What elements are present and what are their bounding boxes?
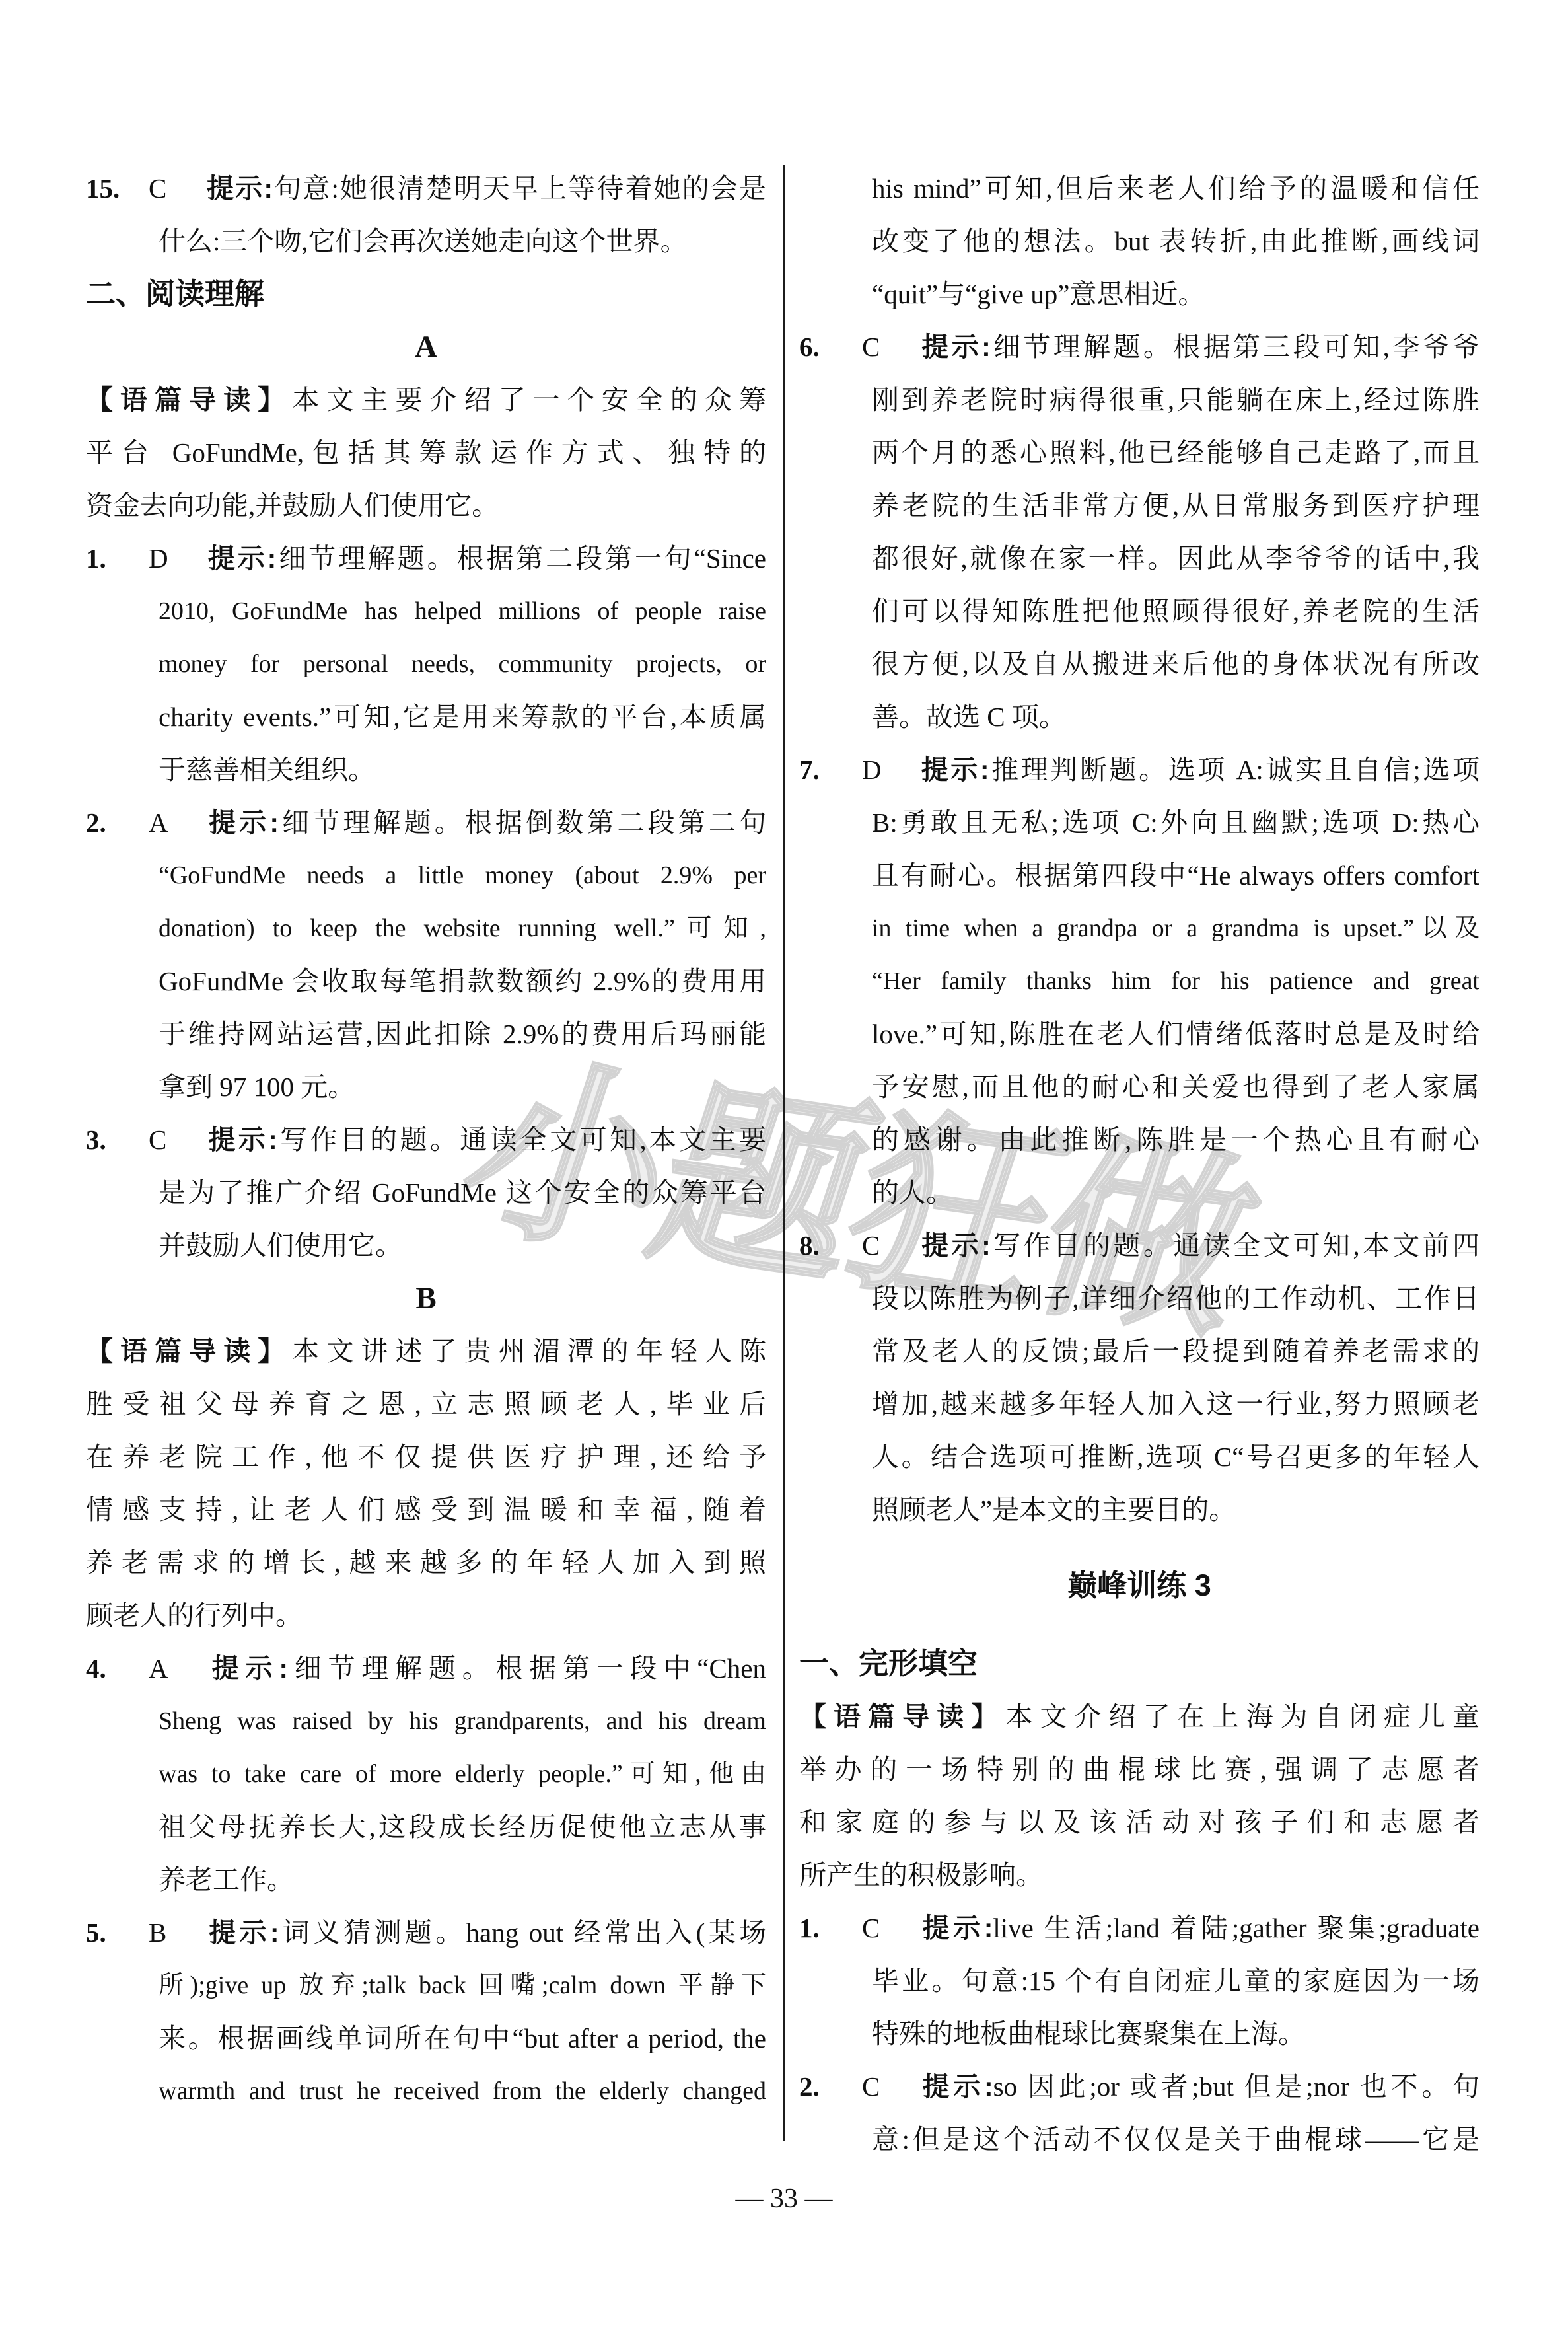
text-line: 的感谢。由此推断,陈胜是一个热心且有耐心: [799, 1113, 1479, 1166]
text-line: 的人。: [799, 1166, 1479, 1219]
text-line: “Her family thanks him for his patience …: [799, 955, 1479, 1008]
answer-letter: A: [149, 1642, 171, 1695]
text-line: 举办的一场特别的曲棍球比赛,强调了志愿者: [799, 1743, 1479, 1796]
text-line: 予安慰,而且他的耐心和关爱也得到了老人家属: [799, 1060, 1479, 1113]
passage-letter-heading: A: [86, 320, 766, 373]
text-line: charity events.”可知,它是用来筹款的平台,本质属: [86, 690, 766, 743]
lead-label: 【语篇导读】: [799, 1701, 1005, 1732]
hint-label: 提示:: [919, 1230, 991, 1261]
text-line: was to take care of more elderly people.…: [86, 1748, 766, 1800]
text-line: 善。故选 C 项。: [799, 690, 1479, 743]
answer-item-line: 2.A提示:细节理解题。根据倒数第二段第二句: [86, 796, 766, 849]
training-heading: 巅峰训练 3: [799, 1559, 1479, 1612]
text-line: 都很好,就像在家一样。因此从李爷爷的话中,我: [799, 532, 1479, 585]
item-number: 2.: [799, 2060, 845, 2113]
hint-label: 提示:: [205, 173, 273, 203]
text-line: 并鼓励人们使用它。: [86, 1219, 766, 1272]
text-line: 刚到养老院时病得很重,只能躺在床上,经过陈胜: [799, 373, 1479, 426]
answer-item-line: 5.B提示:词义猜测题。hang out 经常出入(某场: [86, 1906, 766, 1959]
page-root: { "watermark": "小题狂做", "page": { "number…: [0, 0, 1568, 2325]
text-line: his mind”可知,但后来老人们给予的温暖和信任: [799, 162, 1479, 215]
text-line: 们可以得知陈胜把他照顾得很好,养老院的生活: [799, 585, 1479, 638]
text-line: 改变了他的想法。but 表转折,由此推断,画线词: [799, 215, 1479, 268]
text-line: 养老工作。: [86, 1853, 766, 1906]
text-line: “GoFundMe needs a little money (about 2.…: [86, 849, 766, 902]
column-right: his mind”可知,但后来老人们给予的温暖和信任改变了他的想法。but 表转…: [799, 162, 1479, 2166]
hint-label: 提示:: [919, 332, 991, 362]
item-number: 5.: [86, 1906, 132, 1959]
passage-letter-heading: B: [86, 1272, 766, 1325]
text-line: 胜受祖父母养育之恩,立志照顾老人,毕业后: [86, 1378, 766, 1430]
text-line: 资金去向功能,并鼓励人们使用它。: [86, 479, 766, 532]
hint-label: 提示:: [205, 543, 276, 573]
column-divider: [783, 165, 785, 2141]
text-line: 2010, GoFundMe has helped millions of pe…: [86, 585, 766, 638]
page-number: — 33 —: [0, 2179, 1568, 2219]
item-number: 7.: [799, 743, 845, 796]
text-line: 所产生的积极影响。: [799, 1849, 1479, 1901]
text-line: 意:但是这个活动不仅仅是关于曲棍球——它是: [799, 2113, 1479, 2166]
hint-label: 提示:: [205, 1653, 288, 1683]
text-line: GoFundMe 会收取每笔捐款数额约 2.9%的费用用: [86, 955, 766, 1008]
hint-label: 提示:: [919, 2071, 993, 2102]
text-line: love.”可知,陈胜在老人们情绪低落时总是及时给: [799, 1008, 1479, 1060]
text-line: 于慈善相关组织。: [86, 743, 766, 796]
answer-letter: C: [862, 1219, 884, 1272]
text-line: 且有耐心。根据第四段中“He always offers comfort: [799, 849, 1479, 902]
answer-item-line: 3.C提示:写作目的题。通读全文可知,本文主要: [86, 1113, 766, 1166]
item-number: 1.: [86, 532, 132, 585]
answer-item-line: 2.C提示:so 因此;or 或者;but 但是;nor 也不。句: [799, 2060, 1479, 2113]
item-number: 8.: [799, 1219, 845, 1272]
answer-item-line: 1.C提示:live 生活;land 着陆;gather 聚集;graduate: [799, 1901, 1479, 1954]
text-line: donation) to keep the website running we…: [86, 902, 766, 955]
text-line: 是为了推广介绍 GoFundMe 这个安全的众筹平台: [86, 1166, 766, 1219]
text-line: 段以陈胜为例子,详细介绍他的工作动机、工作日: [799, 1272, 1479, 1325]
text-line: 两个月的悉心照料,他已经能够自己走路了,而且: [799, 426, 1479, 479]
text-line: in time when a grandpa or a grandma is u…: [799, 902, 1479, 955]
answer-letter: C: [862, 1901, 884, 1954]
text-line: 【语篇导读】本文主要介绍了一个安全的众筹: [86, 373, 766, 426]
text-line: 在养老院工作,他不仅提供医疗护理,还给予: [86, 1430, 766, 1483]
answer-item-line: 1.D提示:细节理解题。根据第二段第一句“Since: [86, 532, 766, 585]
answer-item-line: 6.C提示:细节理解题。根据第三段可知,李爷爷: [799, 320, 1479, 373]
answer-item-line: 8.C提示:写作目的题。通读全文可知,本文前四: [799, 1219, 1479, 1272]
text-line: Sheng was raised by his grandparents, an…: [86, 1695, 766, 1748]
answer-letter: A: [149, 796, 171, 849]
text-line: B:勇敢且无私;选项 C:外向且幽默;选项 D:热心: [799, 796, 1479, 849]
text-line: 增加,越来越多年轻人加入这一行业,努力照顾老: [799, 1378, 1479, 1430]
text-line: 顾老人的行列中。: [86, 1589, 766, 1642]
text-line: 所);give up 放弃;talk back 回嘴;calm down 平静下: [86, 1959, 766, 2012]
text-line: 特殊的地板曲棍球比赛聚集在上海。: [799, 2007, 1479, 2060]
section-heading: 一、完形填空: [799, 1637, 1479, 1690]
answer-letter: C: [862, 2060, 884, 2113]
hint-label: 提示:: [919, 1913, 993, 1943]
item-number: 4.: [86, 1642, 132, 1695]
text-line: 【语篇导读】本文介绍了在上海为自闭症儿童: [799, 1690, 1479, 1743]
text-line: 养老院的生活非常方便,从日常服务到医疗护理: [799, 479, 1479, 532]
text-line: 情感支持,让老人们感受到温暖和幸福,随着: [86, 1483, 766, 1536]
text-line: “quit”与“give up”意思相近。: [799, 268, 1479, 320]
lead-label: 【语篇导读】: [86, 385, 292, 415]
text-line: 养老需求的增长,越来越多的年轻人加入到照: [86, 1536, 766, 1589]
text-line: 平台 GoFundMe,包括其筹款运作方式、独特的: [86, 426, 766, 479]
hint-label: 提示:: [919, 755, 989, 785]
text-line: warmth and trust he received from the el…: [86, 2065, 766, 2118]
text-line: 拿到 97 100 元。: [86, 1060, 766, 1113]
answer-item-line: 7.D提示:推理判断题。选项 A:诚实且自信;选项: [799, 743, 1479, 796]
hint-label: 提示:: [205, 1917, 279, 1948]
answer-item-line: 15.C提示:句意:她很清楚明天早上等待着她的会是: [86, 162, 766, 215]
text-line: 照顾老人”是本文的主要目的。: [799, 1483, 1479, 1536]
text-line: 常及老人的反馈;最后一段提到随着养老需求的: [799, 1325, 1479, 1378]
item-number: 15.: [86, 162, 132, 215]
answer-item-line: 4.A提示:细节理解题。根据第一段中“Chen: [86, 1642, 766, 1695]
text-line: money for personal needs, community proj…: [86, 638, 766, 690]
lead-label: 【语篇导读】: [86, 1336, 292, 1366]
item-number: 6.: [799, 320, 845, 373]
item-number: 3.: [86, 1113, 132, 1166]
item-number: 1.: [799, 1901, 845, 1954]
text-line: 人。结合选项可推断,选项 C“号召更多的年轻人: [799, 1430, 1479, 1483]
section-heading: 二、阅读理解: [86, 268, 766, 320]
text-line: 和家庭的参与以及该活动对孩子们和志愿者: [799, 1796, 1479, 1849]
text-line: 祖父母抚养长大,这段成长经历促使他立志从事: [86, 1800, 766, 1853]
text-line: 很方便,以及自从搬进来后他的身体状况有所改: [799, 638, 1479, 690]
answer-letter: C: [149, 162, 171, 215]
text-line: 来。根据画线单词所在句中“but after a period, the: [86, 2012, 766, 2065]
item-number: 2.: [86, 796, 132, 849]
answer-letter: C: [149, 1113, 171, 1166]
hint-label: 提示:: [205, 807, 279, 838]
text-line: 于维持网站运营,因此扣除 2.9%的费用后玛丽能: [86, 1008, 766, 1060]
text-line: 【语篇导读】本文讲述了贵州湄潭的年轻人陈: [86, 1325, 766, 1378]
answer-letter: D: [149, 532, 171, 585]
hint-label: 提示:: [205, 1125, 277, 1155]
text-line: 毕业。句意:15 个有自闭症儿童的家庭因为一场: [799, 1954, 1479, 2007]
column-left: 15.C提示:句意:她很清楚明天早上等待着她的会是什么:三个吻,它们会再次送她走…: [86, 162, 766, 2118]
answer-letter: D: [862, 743, 884, 796]
answer-letter: C: [862, 320, 884, 373]
text-line: 什么:三个吻,它们会再次送她走向这个世界。: [86, 215, 766, 268]
answer-letter: B: [149, 1906, 171, 1959]
